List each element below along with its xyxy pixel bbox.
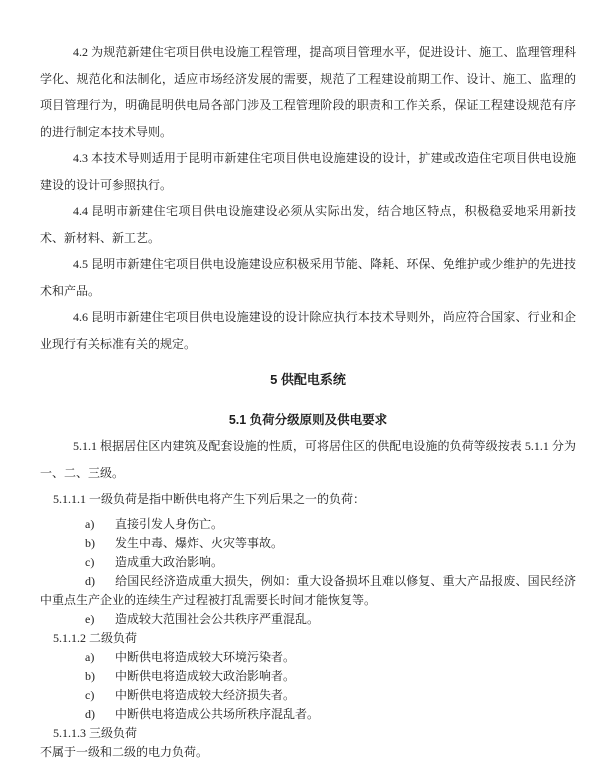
list-5-1-1-1: a)直接引发人身伤亡。 b)发生中毒、爆炸、火灾等事故。 c)造成重大政治影响。… xyxy=(40,515,576,629)
list-item-b: b)中断供电将造成较大政治影响者。 xyxy=(40,667,576,686)
paragraph-4-2: 4.2 为规范新建住宅项目供电设施工程管理，提高项目管理水平，促进设计、施工、监… xyxy=(40,39,576,145)
document-page: 4.2 为规范新建住宅项目供电设施工程管理，提高项目管理水平，促进设计、施工、监… xyxy=(0,0,616,778)
list-item-a: a)直接引发人身伤亡。 xyxy=(40,515,576,534)
clause-5-1-1-1-heading: 5.1.1.1 一级负荷是指中断供电将产生下列后果之一的负荷： xyxy=(40,490,576,509)
list-marker: d) xyxy=(85,705,115,724)
paragraph-4-3: 4.3 本技术导则适用于昆明市新建住宅项目供电设施建设的设计，扩建或改造住宅项目… xyxy=(40,145,576,198)
list-item-d: d)中断供电将造成公共场所秩序混乱者。 xyxy=(40,705,576,724)
list-item-text: 造成重大政治影响。 xyxy=(115,555,223,569)
list-item-c: c)造成重大政治影响。 xyxy=(40,553,576,572)
list-marker: c) xyxy=(85,553,115,572)
paragraph-4-4: 4.4 昆明市新建住宅项目供电设施建设必须从实际出发，结合地区特点，积极稳妥地采… xyxy=(40,198,576,251)
paragraph-4-5: 4.5 昆明市新建住宅项目供电设施建设应积极采用节能、降耗、环保、免维护或少维护… xyxy=(40,251,576,304)
list-item-a: a)中断供电将造成较大环境污染者。 xyxy=(40,648,576,667)
paragraph-5-1-1: 5.1.1 根据居住区内建筑及配套设施的性质，可将居住区的供配电设施的负荷等级按… xyxy=(40,433,576,486)
clause-block-5-1-1: 5.1.1.1 一级负荷是指中断供电将产生下列后果之一的负荷： a)直接引发人身… xyxy=(40,490,576,762)
list-5-1-1-2: a)中断供电将造成较大环境污染者。 b)中断供电将造成较大政治影响者。 c)中断… xyxy=(40,648,576,724)
section-5-1-title: 5.1 负荷分级原则及供电要求 xyxy=(40,407,576,434)
list-marker: a) xyxy=(85,515,115,534)
list-item-c: c)中断供电将造成较大经济损失者。 xyxy=(40,686,576,705)
list-item-text: 发生中毒、爆炸、火灾等事故。 xyxy=(115,536,283,550)
list-item-text: 给国民经济造成重大损失，例如：重大设备损坏且难以修复、重大产品报废、国民经济中重… xyxy=(40,574,576,607)
clause-5-1-1-3-heading: 5.1.1.3 三级负荷 xyxy=(40,724,576,743)
list-item-text: 中断供电将造成较大环境污染者。 xyxy=(115,650,295,664)
list-marker: e) xyxy=(85,610,115,629)
list-item-b: b)发生中毒、爆炸、火灾等事故。 xyxy=(40,534,576,553)
list-item-text: 直接引发人身伤亡。 xyxy=(115,517,223,531)
list-item-text: 造成较大范围社会公共秩序严重混乱。 xyxy=(115,612,319,626)
list-item-e: e)造成较大范围社会公共秩序严重混乱。 xyxy=(40,610,576,629)
list-marker: a) xyxy=(85,648,115,667)
list-item-d: d)给国民经济造成重大损失，例如：重大设备损坏且难以修复、重大产品报废、国民经济… xyxy=(40,572,576,610)
list-marker: b) xyxy=(85,667,115,686)
list-marker: b) xyxy=(85,534,115,553)
clause-5-1-1-2-heading: 5.1.1.2 二级负荷 xyxy=(40,629,576,648)
list-marker: d) xyxy=(85,572,115,591)
clause-5-1-1-3-body: 不属于一级和二级的电力负荷。 xyxy=(40,743,576,762)
paragraph-4-6: 4.6 昆明市新建住宅项目供电设施建设的设计除应执行本技术导则外，尚应符合国家、… xyxy=(40,304,576,357)
list-item-text: 中断供电将造成公共场所秩序混乱者。 xyxy=(115,707,319,721)
list-marker: c) xyxy=(85,686,115,705)
list-item-text: 中断供电将造成较大政治影响者。 xyxy=(115,669,295,683)
section-5-title: 5 供配电系统 xyxy=(40,367,576,394)
list-item-text: 中断供电将造成较大经济损失者。 xyxy=(115,688,295,702)
